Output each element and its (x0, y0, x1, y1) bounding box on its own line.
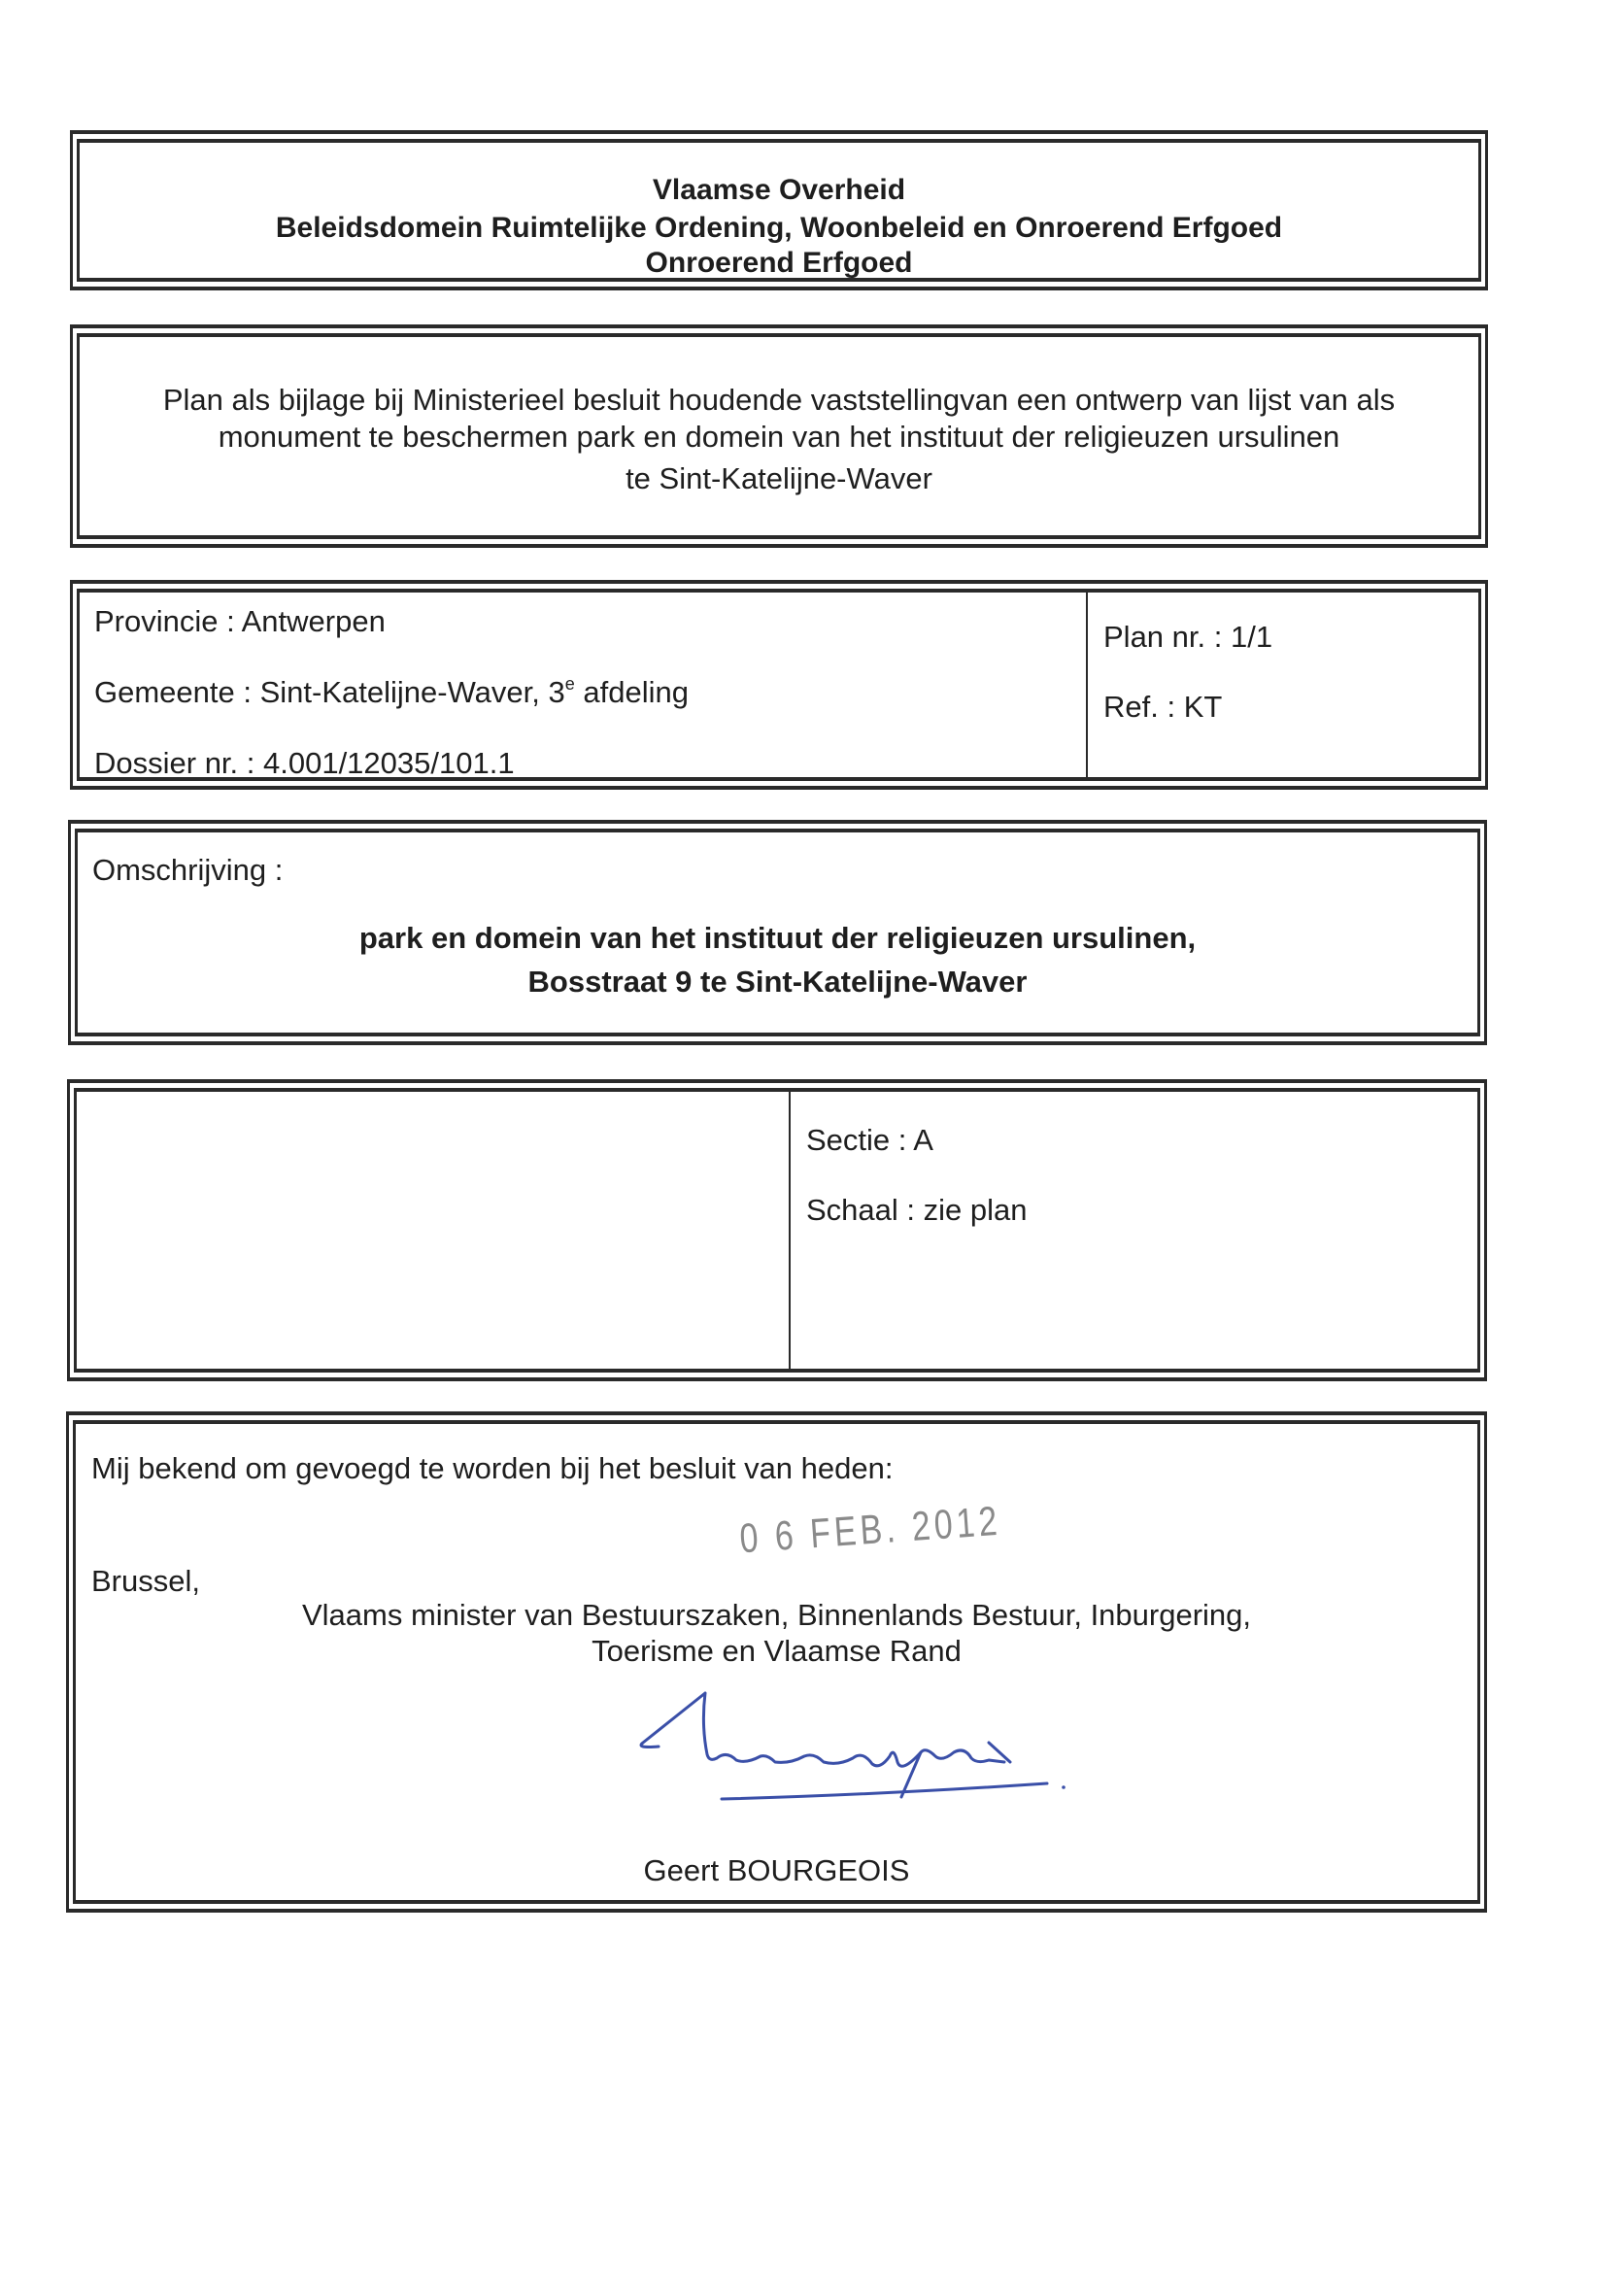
sectie-field: Sectie : A (806, 1125, 933, 1155)
approval-box-inner: Mij bekend om gevoegd te worden bij het … (73, 1420, 1480, 1904)
description-box: Omschrijving : park en domein van het in… (68, 820, 1487, 1045)
dossier-field: Dossier nr. : 4.001/12035/101.1 (94, 748, 515, 778)
approval-box: Mij bekend om gevoegd te worden bij het … (66, 1411, 1487, 1913)
signature-icon (629, 1686, 1212, 1822)
details-box: Provincie : Antwerpen Gemeente : Sint-Ka… (70, 580, 1488, 790)
section-divider (789, 1092, 791, 1369)
header-box-inner: Vlaamse Overheid Beleidsdomein Ruimtelij… (77, 139, 1481, 282)
header-agency: Onroerend Erfgoed (80, 249, 1478, 278)
section-box: Sectie : A Schaal : zie plan (67, 1079, 1487, 1381)
details-divider (1086, 593, 1088, 777)
approval-place: Brussel, (91, 1566, 200, 1596)
approval-intro: Mij bekend om gevoegd te worden bij het … (91, 1453, 893, 1483)
section-box-inner: Sectie : A Schaal : zie plan (74, 1088, 1480, 1373)
plan-title-box-inner: Plan als bijlage bij Ministerieel beslui… (77, 333, 1481, 539)
plan-title-box: Plan als bijlage bij Ministerieel beslui… (70, 324, 1488, 548)
description-box-inner: Omschrijving : park en domein van het in… (75, 829, 1480, 1036)
minister-title-line-2: Toerisme en Vlaamse Rand (76, 1636, 1477, 1666)
plan-title-line-2: monument te beschermen park en domein va… (80, 422, 1478, 452)
minister-title-line-1: Vlaams minister van Bestuurszaken, Binne… (76, 1600, 1477, 1630)
description-line-2: Bosstraat 9 te Sint-Katelijne-Waver (78, 967, 1477, 997)
signatory-name: Geert BOURGEOIS (76, 1855, 1477, 1885)
plan-title-line-1: Plan als bijlage bij Ministerieel beslui… (80, 385, 1478, 415)
reference-field: Ref. : KT (1103, 692, 1222, 722)
gemeente-suffix: afdeling (575, 675, 689, 709)
plan-number-field: Plan nr. : 1/1 (1103, 622, 1272, 652)
description-label: Omschrijving : (92, 855, 283, 885)
provincie-field: Provincie : Antwerpen (94, 606, 386, 636)
header-domain: Beleidsdomein Ruimtelijke Ordening, Woon… (80, 214, 1478, 243)
date-stamp: 0 6 FEB. 2012 (738, 1498, 1002, 1563)
plan-title-line-3: te Sint-Katelijne-Waver (80, 463, 1478, 493)
gemeente-superscript: e (565, 674, 575, 694)
details-box-inner: Provincie : Antwerpen Gemeente : Sint-Ka… (77, 589, 1481, 781)
schaal-field: Schaal : zie plan (806, 1195, 1027, 1225)
header-org: Vlaamse Overheid (80, 176, 1478, 205)
gemeente-text: Gemeente : Sint-Katelijne-Waver, 3 (94, 675, 565, 709)
header-box: Vlaamse Overheid Beleidsdomein Ruimtelij… (70, 130, 1488, 290)
gemeente-field: Gemeente : Sint-Katelijne-Waver, 3e afde… (94, 677, 689, 707)
description-line-1: park en domein van het instituut der rel… (78, 923, 1477, 953)
